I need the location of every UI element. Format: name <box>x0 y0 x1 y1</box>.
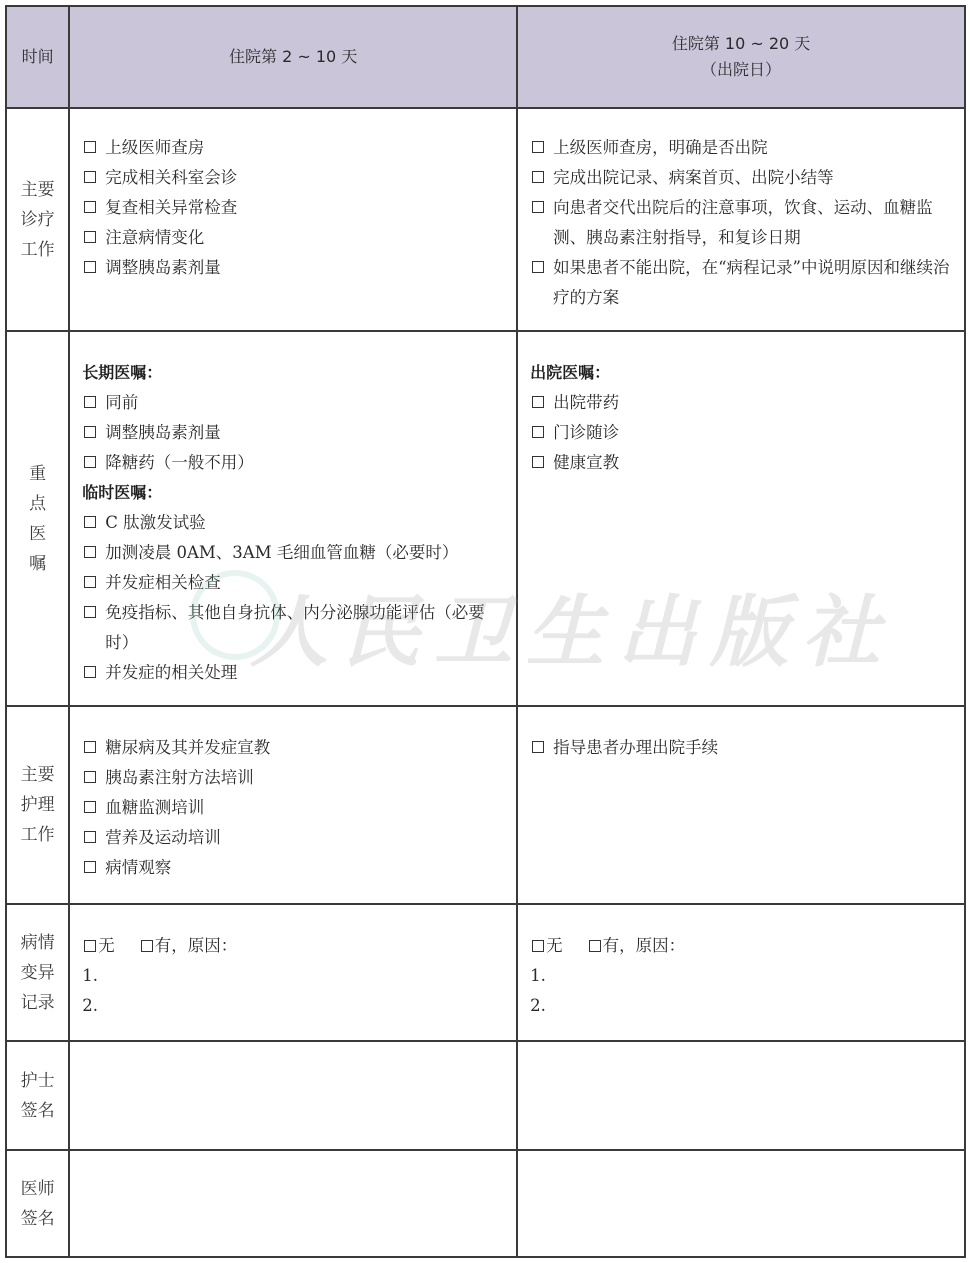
checkbox-icon[interactable] <box>84 261 96 273</box>
checkbox-icon[interactable] <box>532 456 544 468</box>
variance-reason-line-2[interactable]: 2. <box>82 991 506 1021</box>
item-text: 病情观察 <box>105 853 506 883</box>
discharge-orders-heading: 出院医嘱： <box>530 358 954 388</box>
checkbox-icon[interactable] <box>589 940 601 952</box>
checklist-item[interactable]: 加测凌晨 0AM、3AM 毛细血管血糖（必要时） <box>82 538 506 568</box>
item-text: C 肽激发试验 <box>105 508 506 538</box>
checklist-item[interactable]: 如果患者不能出院，在“病程记录”中说明原因和继续治疗的方案 <box>530 253 954 313</box>
item-text: 降糖药（一般不用） <box>105 448 506 478</box>
checkbox-icon[interactable] <box>84 831 96 843</box>
checklist-item[interactable]: 调整胰岛素剂量 <box>82 418 506 448</box>
checklist-item[interactable]: 血糖监测培训 <box>82 793 506 823</box>
temporary-orders-heading: 临时医嘱： <box>82 478 506 508</box>
clinical-pathway-table: 时间 住院第 2 ~ 10 天 住院第 10 ~ 20 天 （出院日） 主要 诊… <box>5 5 966 1258</box>
checkbox-icon[interactable] <box>84 576 96 588</box>
checkbox-icon[interactable] <box>84 141 96 153</box>
variance-day-2-10: 无 有，原因： 1. 2. <box>69 904 517 1041</box>
label-line: 工作 <box>7 820 68 850</box>
label-line: 点 <box>7 489 68 519</box>
checkbox-icon[interactable] <box>84 940 96 952</box>
checkbox-icon[interactable] <box>84 666 96 678</box>
nurse-signature-day-2-10[interactable] <box>69 1041 517 1150</box>
row-variance: 病情 变异 记录 无 有，原因： 1. 2. 无 有，原因： 1. 2. <box>6 904 965 1041</box>
checklist-item[interactable]: 注意病情变化 <box>82 223 506 253</box>
checkbox-icon[interactable] <box>84 771 96 783</box>
checklist-item[interactable]: 指导患者办理出院手续 <box>530 733 954 763</box>
checklist-item[interactable]: 门诊随诊 <box>530 418 954 448</box>
doctor-signature-day-10-20[interactable] <box>517 1150 965 1257</box>
row-label-variance: 病情 变异 记录 <box>6 904 69 1041</box>
item-text: 如果患者不能出院，在“病程记录”中说明原因和继续治疗的方案 <box>553 253 954 313</box>
item-text: 并发症相关检查 <box>105 568 506 598</box>
item-text: 营养及运动培训 <box>105 823 506 853</box>
checklist-item[interactable]: 同前 <box>82 388 506 418</box>
checklist-item[interactable]: 营养及运动培训 <box>82 823 506 853</box>
header-time: 时间 <box>6 6 69 108</box>
item-text: 门诊随诊 <box>553 418 954 448</box>
key-orders-day-10-20: 出院医嘱： 出院带药 门诊随诊 健康宣教 <box>517 331 965 706</box>
item-text: 调整胰岛素剂量 <box>105 418 506 448</box>
label-line: 重 <box>7 459 68 489</box>
checklist-item[interactable]: 并发症相关检查 <box>82 568 506 598</box>
item-text: 指导患者办理出院手续 <box>553 733 954 763</box>
checklist-item[interactable]: 上级医师查房 <box>82 133 506 163</box>
checkbox-icon[interactable] <box>532 201 544 213</box>
variance-options: 无 有，原因： <box>82 931 506 961</box>
row-main-nursing: 主要 护理 工作 糖尿病及其并发症宣教 胰岛素注射方法培训 血糖监测培训 营养及… <box>6 706 965 904</box>
row-key-orders: 重 点 医 嘱 长期医嘱： 同前 调整胰岛素剂量 降糖药（一般不用） 临时医嘱：… <box>6 331 965 706</box>
row-label-doctor-signature: 医师 签名 <box>6 1150 69 1257</box>
row-label-nurse-signature: 护士 签名 <box>6 1041 69 1150</box>
header-row: 时间 住院第 2 ~ 10 天 住院第 10 ~ 20 天 （出院日） <box>6 6 965 108</box>
item-text: 同前 <box>105 388 506 418</box>
label-line: 病情 <box>7 928 68 958</box>
doctor-signature-day-2-10[interactable] <box>69 1150 517 1257</box>
key-orders-day-2-10: 长期医嘱： 同前 调整胰岛素剂量 降糖药（一般不用） 临时医嘱： C 肽激发试验… <box>69 331 517 706</box>
option-label: 无 <box>546 931 563 961</box>
checkbox-icon[interactable] <box>84 171 96 183</box>
item-text: 胰岛素注射方法培训 <box>105 763 506 793</box>
item-text: 健康宣教 <box>553 448 954 478</box>
item-text: 糖尿病及其并发症宣教 <box>105 733 506 763</box>
checkbox-icon[interactable] <box>532 141 544 153</box>
checkbox-icon[interactable] <box>84 456 96 468</box>
main-nursing-day-2-10: 糖尿病及其并发症宣教 胰岛素注射方法培训 血糖监测培训 营养及运动培训 病情观察 <box>69 706 517 904</box>
variance-option-yes[interactable]: 有，原因： <box>587 931 686 961</box>
checklist-item[interactable]: 复查相关异常检查 <box>82 193 506 223</box>
checklist-item[interactable]: 病情观察 <box>82 853 506 883</box>
checklist-item[interactable]: 胰岛素注射方法培训 <box>82 763 506 793</box>
main-nursing-day-10-20: 指导患者办理出院手续 <box>517 706 965 904</box>
label-line: 记录 <box>7 988 68 1018</box>
item-text: 调整胰岛素剂量 <box>105 253 506 283</box>
option-label: 无 <box>98 931 115 961</box>
checkbox-icon[interactable] <box>532 741 544 753</box>
checkbox-icon[interactable] <box>84 516 96 528</box>
label-line: 签名 <box>7 1096 68 1126</box>
variance-reason-line-1[interactable]: 1. <box>82 961 506 991</box>
label-line: 护士 <box>7 1066 68 1096</box>
checkbox-icon[interactable] <box>84 801 96 813</box>
checkbox-icon[interactable] <box>84 396 96 408</box>
checkbox-icon[interactable] <box>532 396 544 408</box>
item-text: 加测凌晨 0AM、3AM 毛细血管血糖（必要时） <box>105 538 506 568</box>
checklist-item[interactable]: 调整胰岛素剂量 <box>82 253 506 283</box>
main-treatment-day-10-20: 上级医师查房，明确是否出院 完成出院记录、病案首页、出院小结等 向患者交代出院后… <box>517 108 965 331</box>
header-day-10-20-title: 住院第 10 ~ 20 天 <box>518 31 964 57</box>
checklist-item[interactable]: 完成相关科室会诊 <box>82 163 506 193</box>
checklist-item[interactable]: 并发症的相关处理 <box>82 658 506 688</box>
row-doctor-signature: 医师 签名 <box>6 1150 965 1257</box>
item-text: 上级医师查房，明确是否出院 <box>553 133 954 163</box>
checkbox-icon[interactable] <box>84 201 96 213</box>
variance-reason-line-2[interactable]: 2. <box>530 991 954 1021</box>
checkbox-icon[interactable] <box>532 940 544 952</box>
checklist-item[interactable]: 上级医师查房，明确是否出院 <box>530 133 954 163</box>
checklist-item[interactable]: 降糖药（一般不用） <box>82 448 506 478</box>
variance-day-10-20: 无 有，原因： 1. 2. <box>517 904 965 1041</box>
variance-option-yes[interactable]: 有，原因： <box>139 931 238 961</box>
variance-option-none[interactable]: 无 <box>82 931 115 961</box>
item-text: 上级医师查房 <box>105 133 506 163</box>
checkbox-icon[interactable] <box>532 261 544 273</box>
checkbox-icon[interactable] <box>141 940 153 952</box>
row-label-main-nursing: 主要 护理 工作 <box>6 706 69 904</box>
label-line: 医师 <box>7 1174 68 1204</box>
item-text: 并发症的相关处理 <box>105 658 506 688</box>
checklist-item[interactable]: 健康宣教 <box>530 448 954 478</box>
main-treatment-day-2-10: 上级医师查房 完成相关科室会诊 复查相关异常检查 注意病情变化 调整胰岛素剂量 <box>69 108 517 331</box>
checklist-item[interactable]: 向患者交代出院后的注意事项，饮食、运动、血糖监测、胰岛素注射指导，和复诊日期 <box>530 193 954 253</box>
checklist-item[interactable]: 免疫指标、其他自身抗体、内分泌腺功能评估（必要时） <box>82 598 506 658</box>
option-label: 有，原因： <box>155 931 238 961</box>
item-text: 血糖监测培训 <box>105 793 506 823</box>
label-line: 主要 <box>7 760 68 790</box>
checkbox-icon[interactable] <box>84 741 96 753</box>
header-discharge-day: （出院日） <box>518 57 964 83</box>
checkbox-icon[interactable] <box>84 546 96 558</box>
label-line: 签名 <box>7 1204 68 1234</box>
label-line: 变异 <box>7 958 68 988</box>
label-line: 主要 <box>7 175 68 205</box>
item-text: 完成相关科室会诊 <box>105 163 506 193</box>
variance-reason-line-1[interactable]: 1. <box>530 961 954 991</box>
checkbox-icon[interactable] <box>84 231 96 243</box>
item-text: 完成出院记录、病案首页、出院小结等 <box>553 163 954 193</box>
variance-option-none[interactable]: 无 <box>530 931 563 961</box>
label-line: 诊疗 <box>7 205 68 235</box>
item-text: 复查相关异常检查 <box>105 193 506 223</box>
row-label-main-treatment: 主要 诊疗 工作 <box>6 108 69 331</box>
checklist-item[interactable]: 糖尿病及其并发症宣教 <box>82 733 506 763</box>
label-line: 医 <box>7 519 68 549</box>
label-line: 工作 <box>7 235 68 265</box>
option-label: 有，原因： <box>603 931 686 961</box>
checklist-item[interactable]: C 肽激发试验 <box>82 508 506 538</box>
row-main-treatment: 主要 诊疗 工作 上级医师查房 完成相关科室会诊 复查相关异常检查 注意病情变化… <box>6 108 965 331</box>
checkbox-icon[interactable] <box>84 426 96 438</box>
long-term-orders-heading: 长期医嘱： <box>82 358 506 388</box>
item-text: 出院带药 <box>553 388 954 418</box>
item-text: 注意病情变化 <box>105 223 506 253</box>
checkbox-icon[interactable] <box>532 426 544 438</box>
checkbox-icon[interactable] <box>84 606 96 618</box>
header-day-10-20: 住院第 10 ~ 20 天 （出院日） <box>517 6 965 108</box>
checkbox-icon[interactable] <box>532 171 544 183</box>
checkbox-icon[interactable] <box>84 861 96 873</box>
row-label-key-orders: 重 点 医 嘱 <box>6 331 69 706</box>
header-day-2-10: 住院第 2 ~ 10 天 <box>69 6 517 108</box>
row-nurse-signature: 护士 签名 <box>6 1041 965 1150</box>
item-text: 向患者交代出院后的注意事项，饮食、运动、血糖监测、胰岛素注射指导，和复诊日期 <box>553 193 954 253</box>
label-line: 护理 <box>7 790 68 820</box>
checklist-item[interactable]: 出院带药 <box>530 388 954 418</box>
label-line: 嘱 <box>7 549 68 579</box>
checklist-item[interactable]: 完成出院记录、病案首页、出院小结等 <box>530 163 954 193</box>
item-text: 免疫指标、其他自身抗体、内分泌腺功能评估（必要时） <box>105 598 506 658</box>
nurse-signature-day-10-20[interactable] <box>517 1041 965 1150</box>
variance-options: 无 有，原因： <box>530 931 954 961</box>
